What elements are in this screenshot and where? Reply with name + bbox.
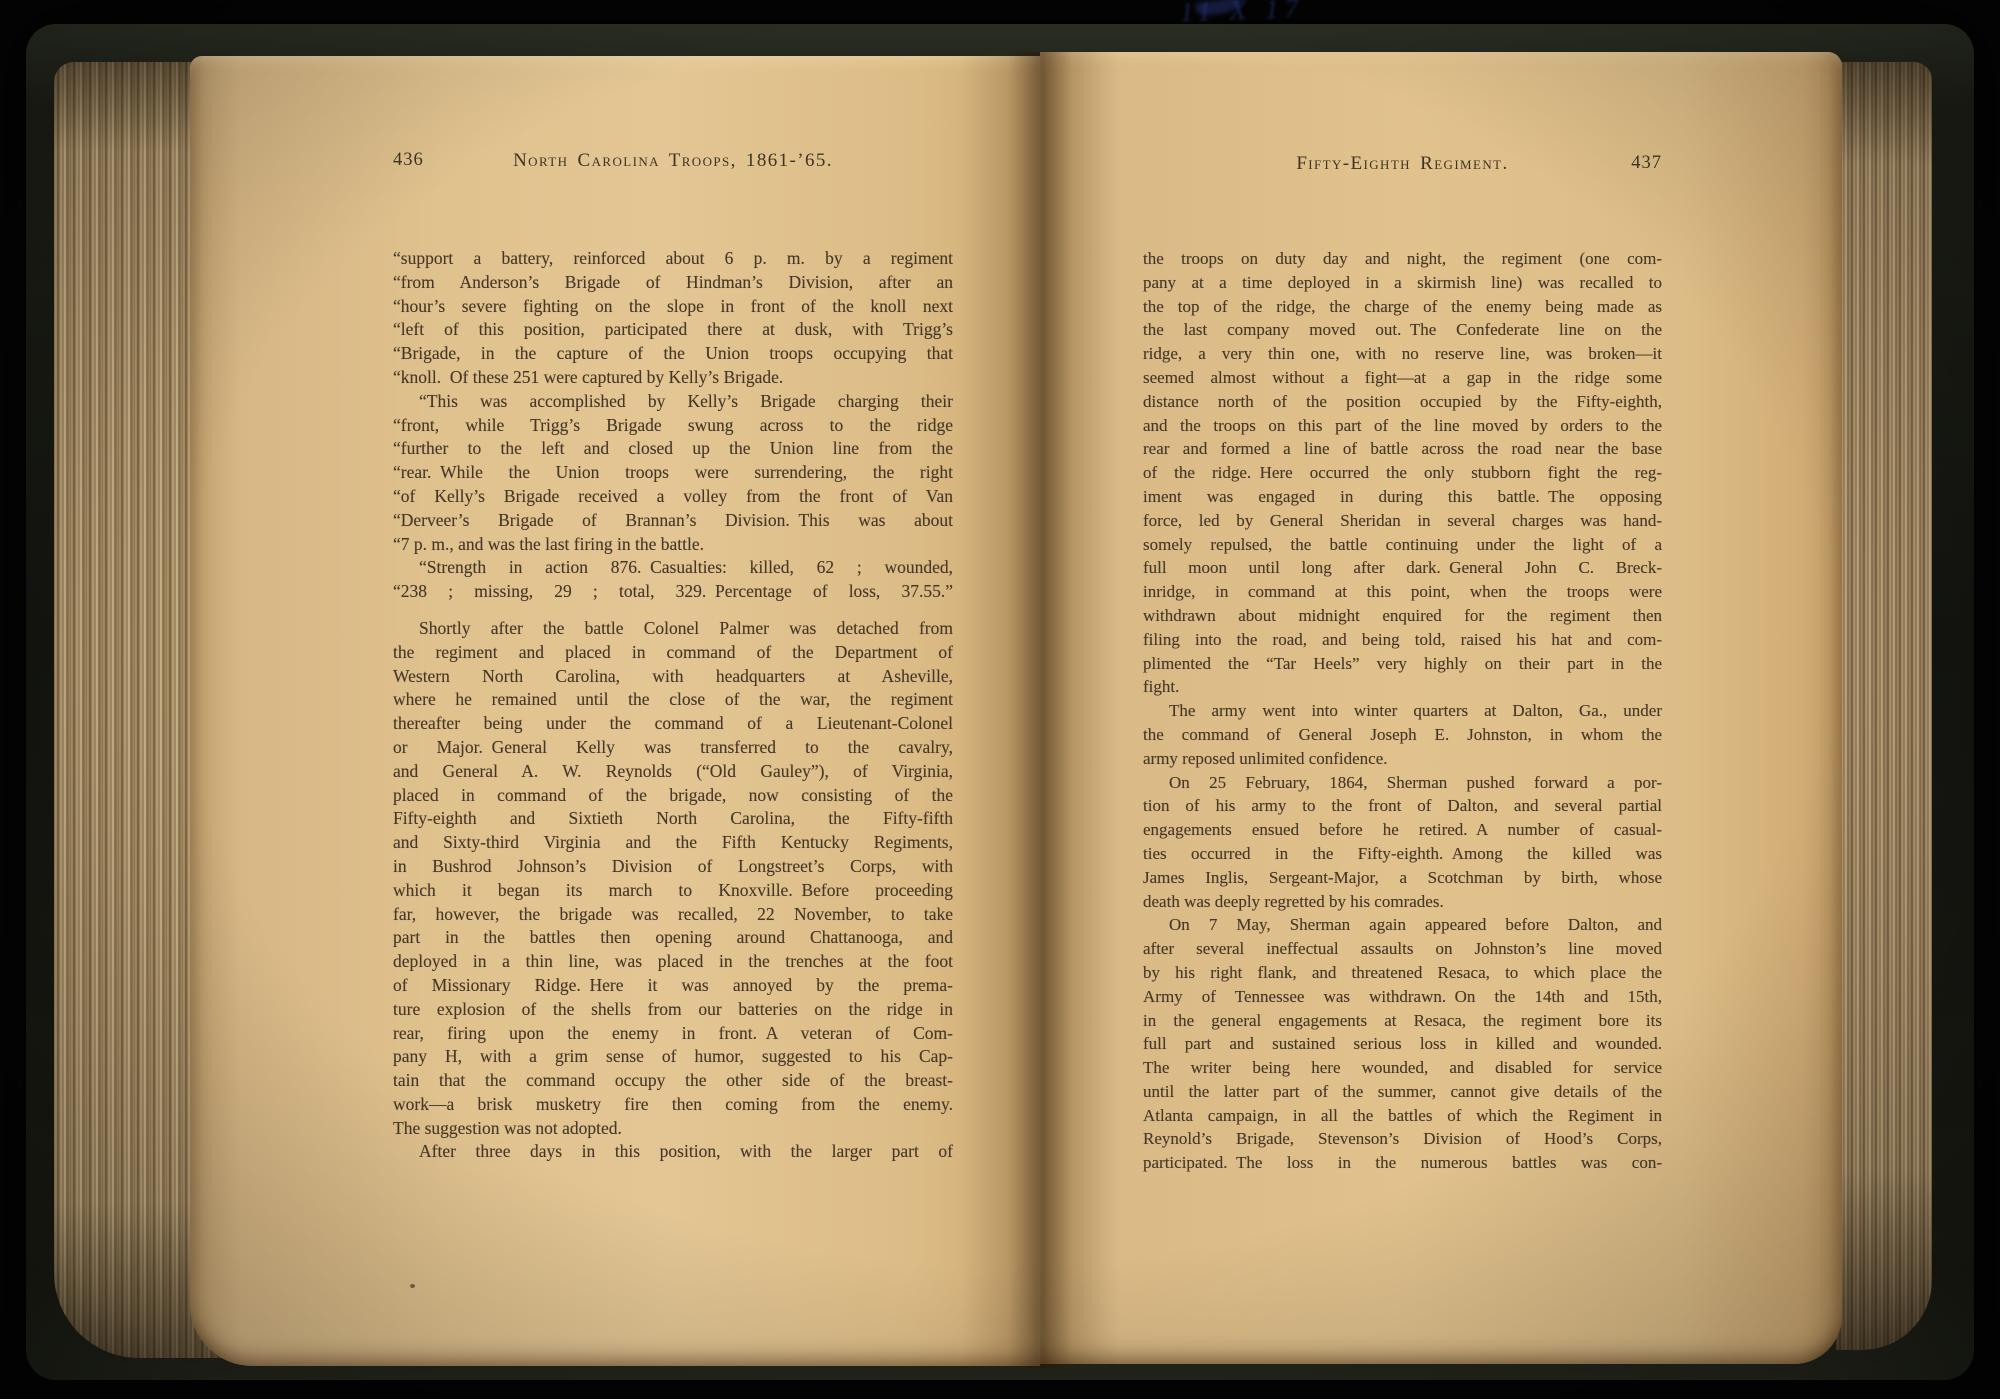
- text-line: withdrawn about midnight enquired for th…: [1143, 604, 1662, 628]
- text-line: and Sixty-third Virginia and the Fifth K…: [393, 831, 953, 855]
- text-line: “knoll. Of these 251 were captured by Ke…: [393, 366, 953, 390]
- text-line: “from Anderson’s Brigade of Hindman’s Di…: [393, 271, 953, 295]
- text-line: part in the battles then opening around …: [393, 926, 953, 950]
- right-page-text: the troops on duty day and night, the re…: [1143, 247, 1662, 1175]
- text-line: rear and formed a line of battle across …: [1143, 437, 1662, 461]
- text-line: pany at a time deployed in a skirmish li…: [1143, 271, 1662, 295]
- text-line: force, led by General Sheridan in severa…: [1143, 509, 1662, 533]
- page-speck: [410, 1284, 415, 1288]
- text-line: of the ridge. Here occurred the only stu…: [1143, 461, 1662, 485]
- text-line: seemed almost without a fight—at a gap i…: [1143, 366, 1662, 390]
- text-line: “Strength in action 876. Casualties: kil…: [393, 556, 953, 580]
- text-line: Atlanta campaign, in all the battles of …: [1143, 1104, 1662, 1128]
- left-running-header: 436 North Carolina Troops, 1861-’65.: [393, 150, 953, 178]
- text-line: “front, while Trigg’s Brigade swung acro…: [393, 414, 953, 438]
- text-line: the last company moved out. The Confeder…: [1143, 318, 1662, 342]
- text-line: which it began its march to Knoxville. B…: [393, 879, 953, 903]
- text-line: “hour’s severe fighting on the slope in …: [393, 295, 953, 319]
- text-line: in Bushrod Johnson’s Division of Longstr…: [393, 855, 953, 879]
- left-page-text: “support a battery, reinforced about 6 p…: [393, 247, 953, 1164]
- text-line: of Missionary Ridge. Here it was annoyed…: [393, 974, 953, 998]
- text-line: “support a battery, reinforced about 6 p…: [393, 247, 953, 271]
- text-line: After three days in this position, with …: [393, 1140, 953, 1164]
- faint-blue-mark-icon: [1195, 0, 1243, 17]
- text-line: Shortly after the battle Colonel Palmer …: [393, 617, 953, 641]
- text-line: Western North Carolina, with headquarter…: [393, 665, 953, 689]
- text-line: rear, firing upon the enemy in front. A …: [393, 1022, 953, 1046]
- text-line: “rear. While the Union troops were surre…: [393, 461, 953, 485]
- text-line: James Inglis, Sergeant-Major, a Scotchma…: [1143, 866, 1662, 890]
- text-line: fight.: [1143, 675, 1662, 699]
- text-line: “This was accomplished by Kelly’s Brigad…: [393, 390, 953, 414]
- text-line: the top of the ridge, the charge of the …: [1143, 295, 1662, 319]
- text-line: work—a brisk musketry fire then coming f…: [393, 1093, 953, 1117]
- page-number: 436: [393, 150, 424, 171]
- text-line: engagements ensued before he retired. A …: [1143, 818, 1662, 842]
- text-line: The army went into winter quarters at Da…: [1143, 699, 1662, 723]
- text-line: On 25 February, 1864, Sherman pushed for…: [1143, 771, 1662, 795]
- text-line: deployed in a thin line, was placed in t…: [393, 950, 953, 974]
- text-line: plimented the “Tar Heels” very highly on…: [1143, 652, 1662, 676]
- text-line: the regiment and placed in command of th…: [393, 641, 953, 665]
- text-line: ridge, a very thin one, with no reserve …: [1143, 342, 1662, 366]
- text-line: placed in command of the brigade, now co…: [393, 784, 953, 808]
- right-running-header: Fifty-Eighth Regiment. 437: [1143, 153, 1662, 181]
- text-line: ties occurred in the Fifty-eighth. Among…: [1143, 842, 1662, 866]
- text-line: “left of this position, participated the…: [393, 318, 953, 342]
- paragraph-gap: [393, 604, 953, 617]
- text-line: death was deeply regretted by his comrad…: [1143, 890, 1662, 914]
- text-line: Fifty-eighth and Sixtieth North Carolina…: [393, 807, 953, 831]
- text-line: and General A. W. Reynolds (“Old Gauley”…: [393, 760, 953, 784]
- text-line: until the latter part of the summer, can…: [1143, 1080, 1662, 1104]
- text-line: inridge, in command at this point, when …: [1143, 580, 1662, 604]
- text-line: Army of Tennessee was withdrawn. On the …: [1143, 985, 1662, 1009]
- text-line: filing into the road, and being told, ra…: [1143, 628, 1662, 652]
- text-line: tain that the command occupy the other s…: [393, 1069, 953, 1093]
- text-line: full moon until long after dark. General…: [1143, 556, 1662, 580]
- text-line: iment was engaged in during this battle.…: [1143, 485, 1662, 509]
- text-line: somely repulsed, the battle continuing u…: [1143, 533, 1662, 557]
- page-number: 437: [1631, 153, 1662, 174]
- text-line: Reynold’s Brigade, Stevenson’s Division …: [1143, 1127, 1662, 1151]
- text-line: distance north of the position occupied …: [1143, 390, 1662, 414]
- text-line: On 7 May, Sherman again appeared before …: [1143, 913, 1662, 937]
- text-line: tion of his army to the front of Dalton,…: [1143, 794, 1662, 818]
- text-line: full part and sustained serious loss in …: [1143, 1032, 1662, 1056]
- text-line: in the general engagements at Resaca, th…: [1143, 1009, 1662, 1033]
- text-line: “of Kelly’s Brigade received a volley fr…: [393, 485, 953, 509]
- text-line: “7 p. m., and was the last firing in the…: [393, 533, 953, 557]
- page-edge-stack-right: [1836, 62, 1932, 1350]
- book-photo: 11 X 17 436 North Carolina Troops, 1861-…: [0, 0, 2000, 1399]
- text-line: where he remained until the close of the…: [393, 688, 953, 712]
- text-line: and the troops on this part of the line …: [1143, 414, 1662, 438]
- text-line: thereafter being under the command of a …: [393, 712, 953, 736]
- text-line: the troops on duty day and night, the re…: [1143, 247, 1662, 271]
- text-line: “238 ; missing, 29 ; total, 329. Percent…: [393, 580, 953, 604]
- text-line: participated. The loss in the numerous b…: [1143, 1151, 1662, 1175]
- running-title: Fifty-Eighth Regiment.: [1143, 153, 1662, 175]
- text-line: ture explosion of the shells from our ba…: [393, 998, 953, 1022]
- text-line: The writer being here wounded, and disab…: [1143, 1056, 1662, 1080]
- text-line: pany H, with a grim sense of humor, sugg…: [393, 1045, 953, 1069]
- text-line: or Major. General Kelly was transferred …: [393, 736, 953, 760]
- text-line: “Brigade, in the capture of the Union tr…: [393, 342, 953, 366]
- text-line: by his right flank, and threatened Resac…: [1143, 961, 1662, 985]
- text-line: far, however, the brigade was recalled, …: [393, 903, 953, 927]
- text-line: The suggestion was not adopted.: [393, 1117, 953, 1141]
- text-line: “Derveer’s Brigade of Brannan’s Division…: [393, 509, 953, 533]
- text-line: army reposed unlimited confidence.: [1143, 747, 1662, 771]
- text-line: after several ineffectual assaults on Jo…: [1143, 937, 1662, 961]
- text-line: “further to the left and closed up the U…: [393, 437, 953, 461]
- text-line: the command of General Joseph E. Johnsto…: [1143, 723, 1662, 747]
- running-title: North Carolina Troops, 1861-’65.: [393, 150, 953, 172]
